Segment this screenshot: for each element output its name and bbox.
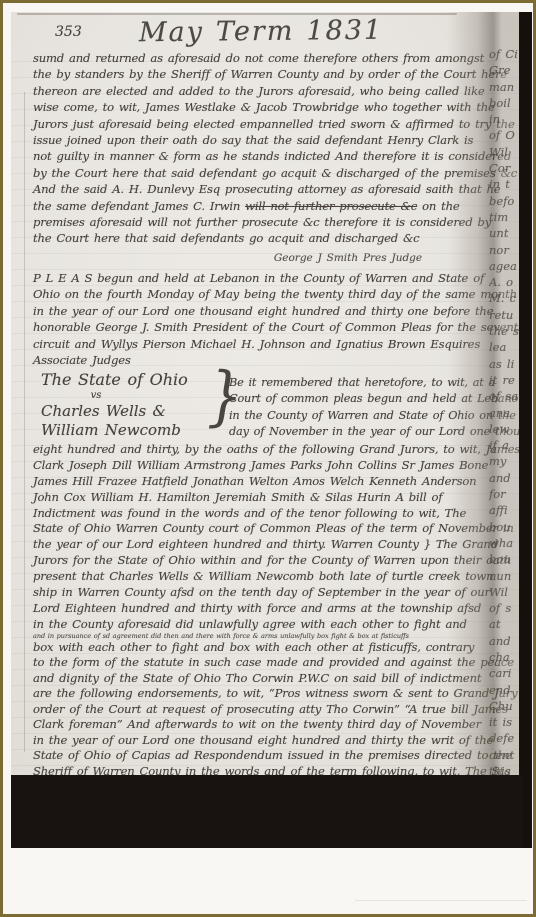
next-page-fragment: ana: [489, 405, 523, 421]
handwritten-line: not guilty in manner & form as he stands…: [33, 148, 457, 164]
handwritten-line: Clark Joseph Dill William Armstrong Jame…: [33, 458, 457, 474]
handwritten-line: John Cox William H. Hamilton Jeremiah Sm…: [33, 490, 457, 506]
handwritten-line: present that Charles Wells & William New…: [33, 569, 457, 585]
next-page-fragment: Cor: [489, 160, 523, 176]
handwritten-line: Jurors for the State of Ohio within and …: [33, 553, 457, 569]
next-page-fragment: it re: [489, 372, 523, 388]
next-page-fragment: for: [489, 486, 523, 502]
handwritten-line: ship in Warren County afsd on the tenth …: [33, 585, 457, 601]
handwritten-line: State of Ohio of Capias ad Respondendum …: [33, 748, 457, 764]
handwritten-line: Be it remembered that heretofore, to wit…: [229, 374, 457, 390]
party-name-line: Charles Wells &: [41, 402, 211, 421]
next-page-fragment: my: [489, 453, 523, 469]
party-name-line: The State of Ohio: [41, 370, 211, 389]
strike-post-text: on the: [417, 199, 459, 213]
next-page-fragment: and: [489, 470, 523, 486]
page-title: May Term 1831: [111, 14, 411, 48]
next-page-fragment: of Ci: [489, 46, 523, 62]
strike-pre-text: the same defendant James C. Irwin: [33, 199, 245, 213]
handwritten-line: James Hill Frazee Hatfield Jonathan Welt…: [33, 474, 457, 490]
handwritten-line: premises aforesaid will not further pros…: [33, 214, 457, 230]
ledger-page-left: 353 May Term 1831 sumd and returned as a…: [11, 12, 523, 776]
handwritten-line: wise come, to wit, James Westlake & Jaco…: [33, 99, 457, 115]
interlined-insertion: and in pursuance of sd agreement did the…: [33, 633, 457, 640]
verdict-lines-before: sumd and returned as aforesaid do not co…: [33, 50, 457, 198]
next-page-fragment: befo: [489, 193, 523, 209]
next-page-fragment: unt: [489, 225, 523, 241]
photo-black-strip-right: [519, 12, 532, 848]
party-name-line: vs: [41, 389, 151, 402]
handwritten-line: the Court here that said defendants go a…: [33, 230, 457, 246]
next-page-fragment: the s: [489, 323, 523, 339]
next-page-fragment: cari: [489, 665, 523, 681]
handwritten-line: Lord Eighteen hundred and thirty with fo…: [33, 601, 457, 617]
handwritten-line: Ohio on the fourth Monday of May being t…: [33, 286, 457, 302]
handwritten-line: thereon are elected and added to the Jur…: [33, 83, 457, 99]
handwritten-line: Indictment was found in the words and of…: [33, 506, 457, 522]
handwritten-line: order of the Court at request of prosecu…: [33, 702, 457, 718]
next-page-fragment: end: [489, 682, 523, 698]
next-page-fragment: Chu: [489, 698, 523, 714]
next-page-fragment: Wil: [489, 584, 523, 600]
next-page-fragment: cha: [489, 649, 523, 665]
next-page-fragment: nor: [489, 242, 523, 258]
handwritten-line: circuit and Wyllys Pierson Michael H. Jo…: [33, 336, 457, 352]
handwritten-line: day of November in the year of our Lord …: [229, 423, 457, 439]
photo-frame: 353 May Term 1831 sumd and returned as a…: [0, 0, 536, 917]
next-page-fragment: Gre: [489, 62, 523, 78]
verdict-lines-after: premises aforesaid will not further pros…: [33, 214, 457, 247]
photo-black-band-bottom: [11, 775, 523, 848]
next-page-fragment: as li: [489, 356, 523, 372]
handwritten-line: Jurors just aforesaid being elected empa…: [33, 116, 457, 132]
next-page-fragment: if a: [489, 437, 523, 453]
case-caption-parties: The State of OhiovsCharles Wells &Willia…: [41, 370, 211, 440]
next-page-fragment: affi: [489, 502, 523, 518]
next-page-fragment: bou: [489, 551, 523, 567]
next-page-fragment: man: [489, 79, 523, 95]
handwritten-line: the by standers by the Sheriff of Warren…: [33, 66, 457, 82]
next-page-fragment: boil: [489, 95, 523, 111]
next-page-fragment: of s: [489, 600, 523, 616]
next-page-fragment: of O: [489, 127, 523, 143]
next-page-fragment: M. c: [489, 290, 523, 306]
next-page-fragment: lea: [489, 339, 523, 355]
handwritten-line: the year of our Lord eighteen hundred an…: [33, 537, 457, 553]
next-page-fragment: cent: [489, 747, 523, 763]
next-page-fragment: in: [489, 111, 523, 127]
next-page-fragment: bou: [489, 519, 523, 535]
next-page-fragment: retu: [489, 307, 523, 323]
handwritten-line: by the Court here that said defendant go…: [33, 165, 457, 181]
pleas-paragraph: P L E A S begun and held at Lebanon in t…: [33, 270, 457, 368]
judge-signature: George J Smith Pres Judge: [243, 252, 453, 264]
next-page-fragment: defe: [489, 730, 523, 746]
next-page-fragment: at: [489, 616, 523, 632]
next-page-fragment: nun: [489, 568, 523, 584]
next-page-fragment: of sa: [489, 388, 523, 404]
handwritten-line: P L E A S begun and held at Lebanon in t…: [33, 270, 457, 286]
indictment-lines-b: box with each other to fight and box wit…: [33, 640, 457, 776]
indictment-lines-a: eight hundred and thirty, by the oaths o…: [33, 442, 457, 633]
scan-artifact-line: [355, 900, 527, 901]
handwritten-line: box with each other to fight and box wit…: [33, 640, 457, 656]
scanned-court-record-photo: 353 May Term 1831 sumd and returned as a…: [0, 0, 536, 917]
indictment-paragraph: eight hundred and thirty, by the oaths o…: [33, 442, 457, 776]
next-page-fragment: A. o: [489, 274, 523, 290]
handwritten-line: eight hundred and thirty, by the oaths o…: [33, 442, 457, 458]
handwritten-line: honorable George J. Smith President of t…: [33, 319, 457, 335]
party-name-line: William Newcomb: [41, 421, 211, 440]
next-page-fragment: agea: [489, 258, 523, 274]
handwritten-line: and dignity of the State of Ohio Tho Cor…: [33, 671, 457, 687]
handwritten-line: Court of common pleas begun and held at …: [229, 390, 457, 406]
page-number: 353: [55, 24, 82, 40]
handwritten-line: Associate Judges: [33, 352, 457, 368]
handwritten-line: are the following endorsements, to wit, …: [33, 686, 457, 702]
handwritten-line: in the County aforesaid did unlawfully a…: [33, 617, 457, 633]
handwritten-line: And the said A. H. Dunlevy Esq prosecuti…: [33, 181, 457, 197]
handwritten-line: issue joined upon their oath do say that…: [33, 132, 457, 148]
handwritten-line: sumd and returned as aforesaid do not co…: [33, 50, 457, 66]
handwritten-line: to the form of the statute in such case …: [33, 655, 457, 671]
handwritten-line: State of Ohio Warren County court of Com…: [33, 521, 457, 537]
handwritten-line: in the year of our Lord one thousand eig…: [33, 303, 457, 319]
next-page-fragment: wha: [489, 535, 523, 551]
handwritten-line: in the County of Warren and State of Ohi…: [229, 407, 457, 423]
next-page-fragment: in t: [489, 176, 523, 192]
next-page-fragment: tim: [489, 209, 523, 225]
next-page-fragment: lew: [489, 421, 523, 437]
next-page-fragment: Wil: [489, 144, 523, 160]
next-page-edge-text: of CiGremanboilinof OWilCorin tbefotimun…: [489, 46, 523, 776]
page-left-crease: [24, 92, 25, 752]
strikethrough-line: the same defendant James C. Irwin will n…: [33, 198, 457, 214]
next-page-fragment: it is: [489, 714, 523, 730]
verdict-paragraph: sumd and returned as aforesaid do not co…: [33, 50, 457, 247]
handwritten-line: Clark foreman” And afterwards to wit on …: [33, 717, 457, 733]
case-caption-body: Be it remembered that heretofore, to wit…: [229, 374, 457, 440]
handwritten-line: in the year of our Lord one thousand eig…: [33, 733, 457, 749]
next-page-fragment: and: [489, 633, 523, 649]
struck-text: will not further prosecute &c: [245, 199, 417, 213]
